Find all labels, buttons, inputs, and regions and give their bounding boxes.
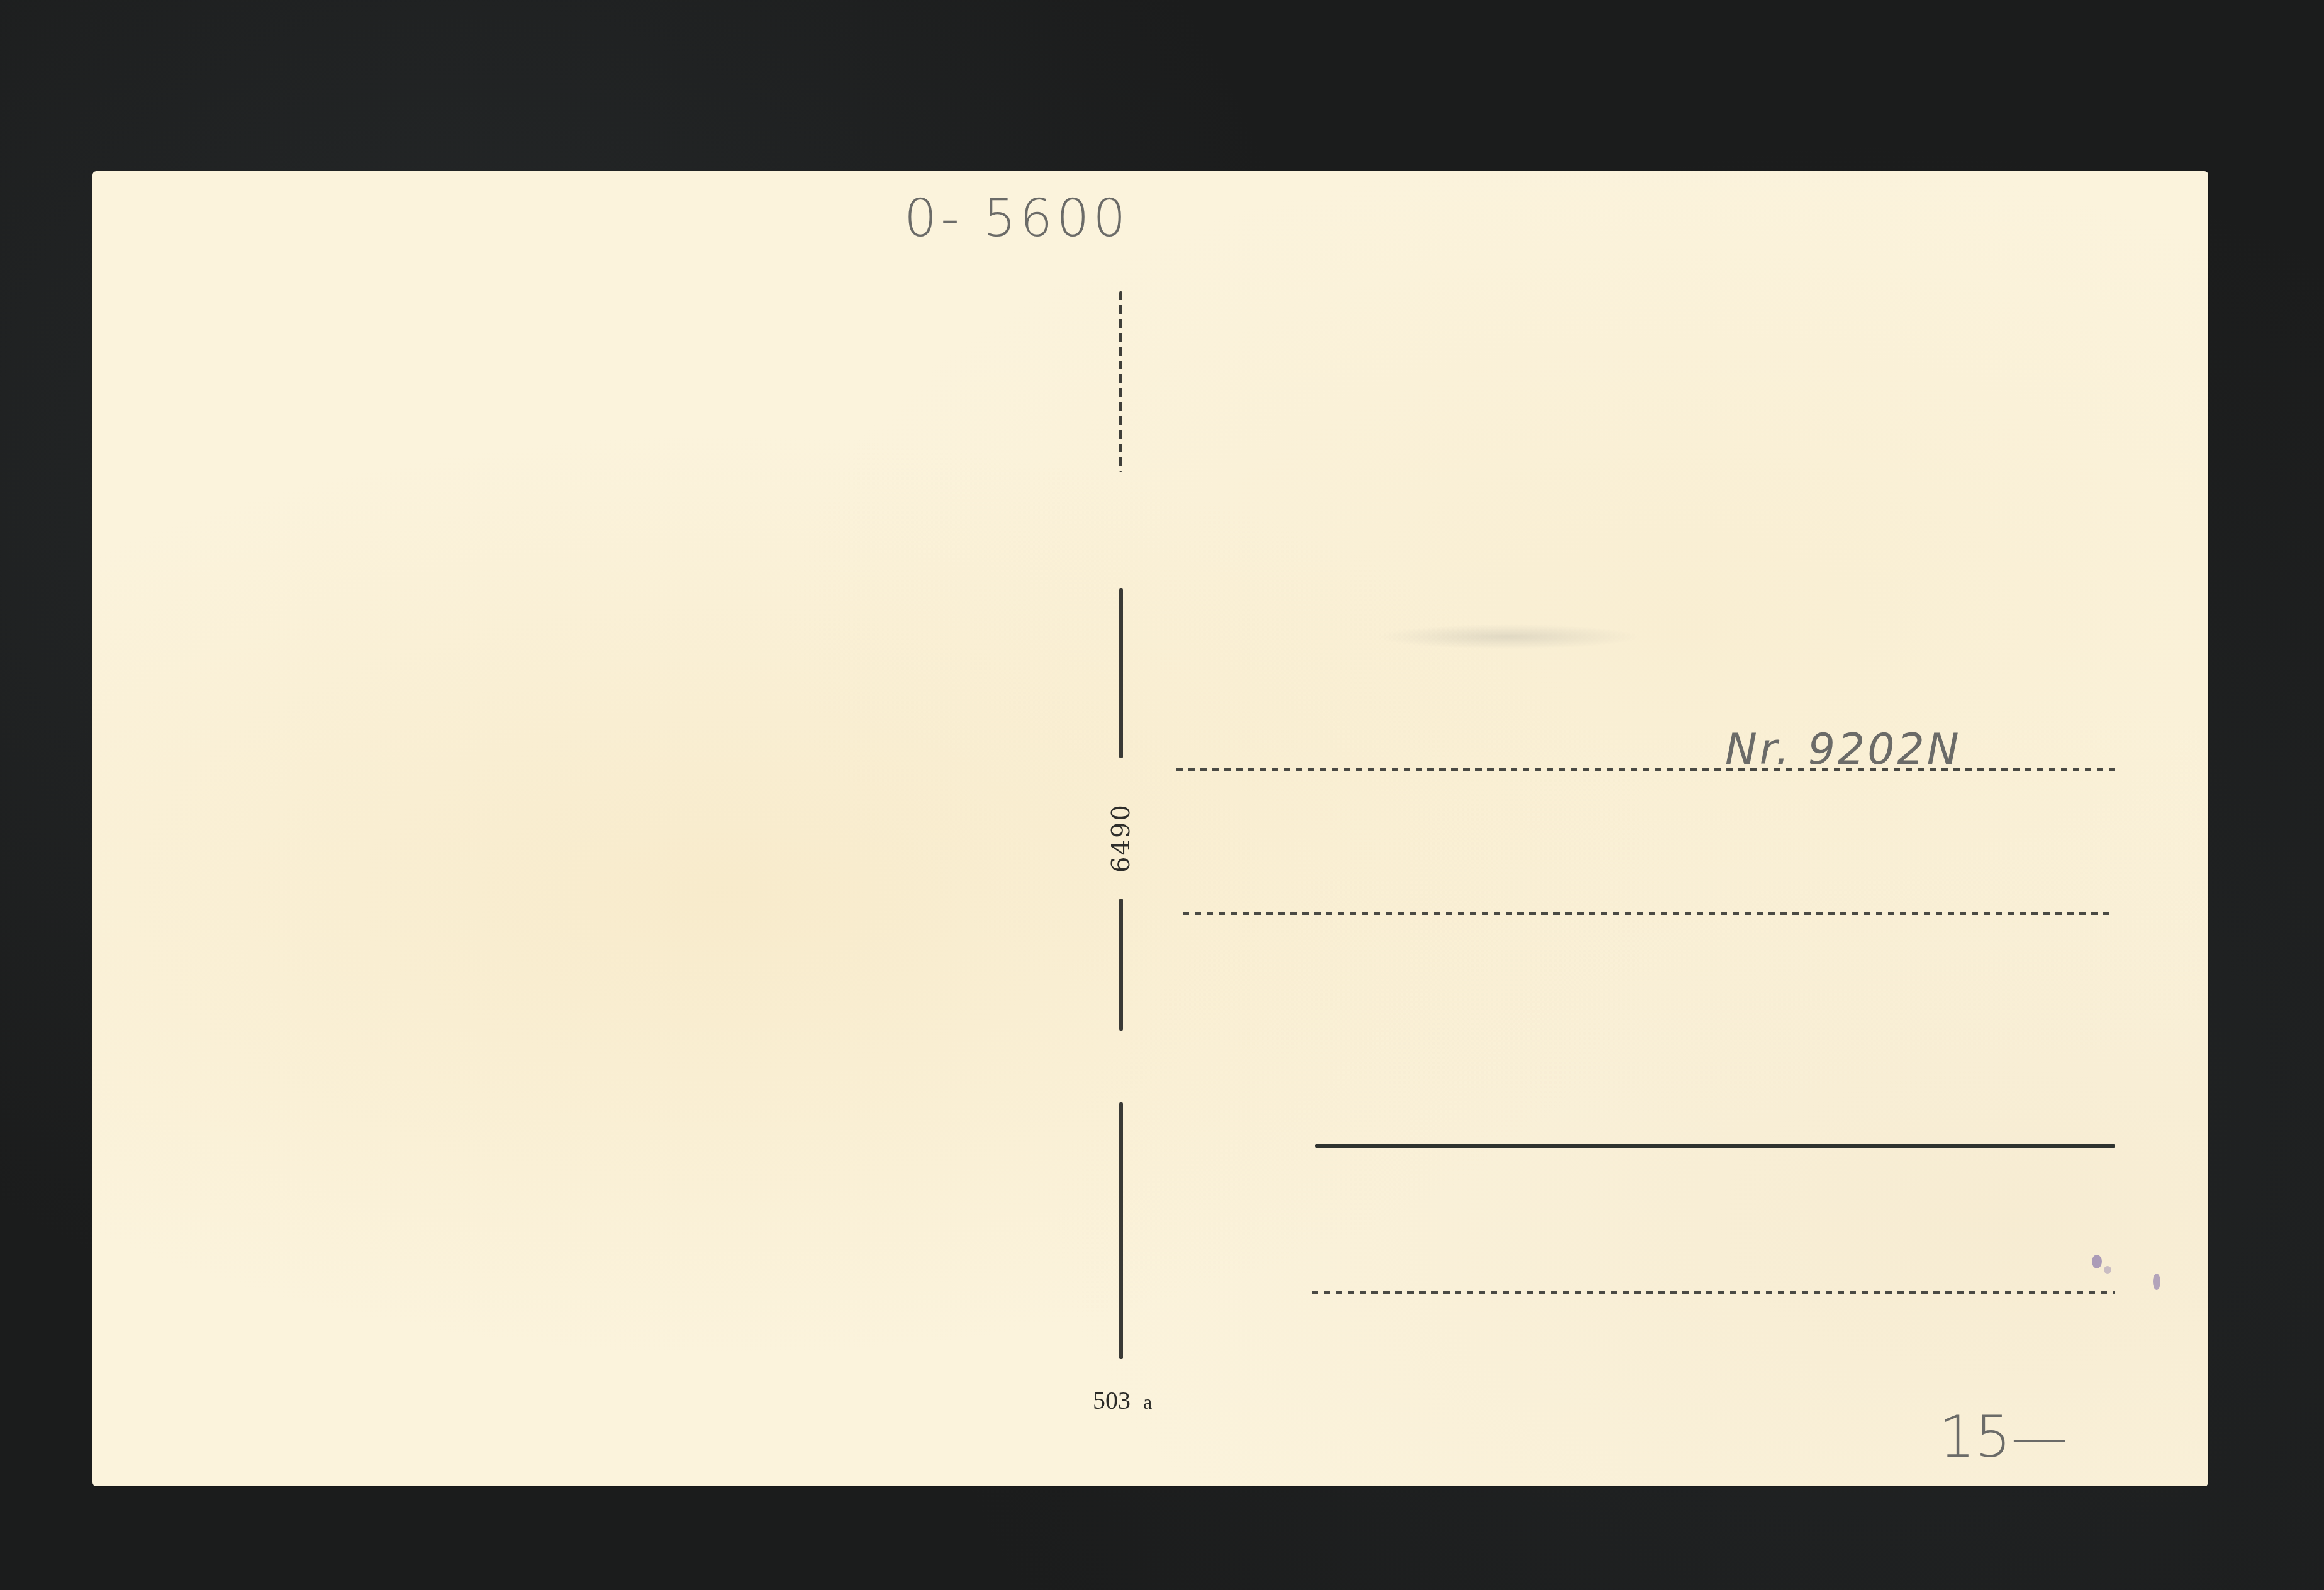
printed-number-6490: 6490 xyxy=(1107,803,1136,873)
handwritten-item-number: Nr. 9202N xyxy=(1725,725,1962,775)
purple-ink-speck xyxy=(2153,1274,2160,1290)
bottom-code-suffix: a xyxy=(1143,1391,1152,1413)
center-divider-top-dashed xyxy=(1119,291,1122,472)
postcard-back: 0- 5600 6490 503a Nr. 9202N 15— xyxy=(92,171,2208,1486)
center-divider-segment xyxy=(1119,899,1123,1031)
purple-ink-speck xyxy=(2092,1255,2102,1268)
erased-pencil-smudge xyxy=(1376,624,1640,649)
divider-vertical-number: 6490 xyxy=(1099,800,1143,876)
printed-bottom-code: 503a xyxy=(1093,1386,1152,1415)
address-line-4 xyxy=(1312,1291,2115,1294)
address-line-3 xyxy=(1315,1144,2115,1148)
handwritten-price: 15— xyxy=(1939,1404,2068,1470)
address-line-2 xyxy=(1183,912,2115,915)
address-line-1 xyxy=(1176,768,2115,771)
handwritten-catalog-number: 0- 5600 xyxy=(904,189,1130,249)
bottom-code-number: 503 xyxy=(1093,1386,1131,1414)
center-divider-segment xyxy=(1119,1102,1123,1359)
purple-ink-speck xyxy=(2104,1266,2111,1274)
center-divider-segment xyxy=(1119,588,1123,758)
